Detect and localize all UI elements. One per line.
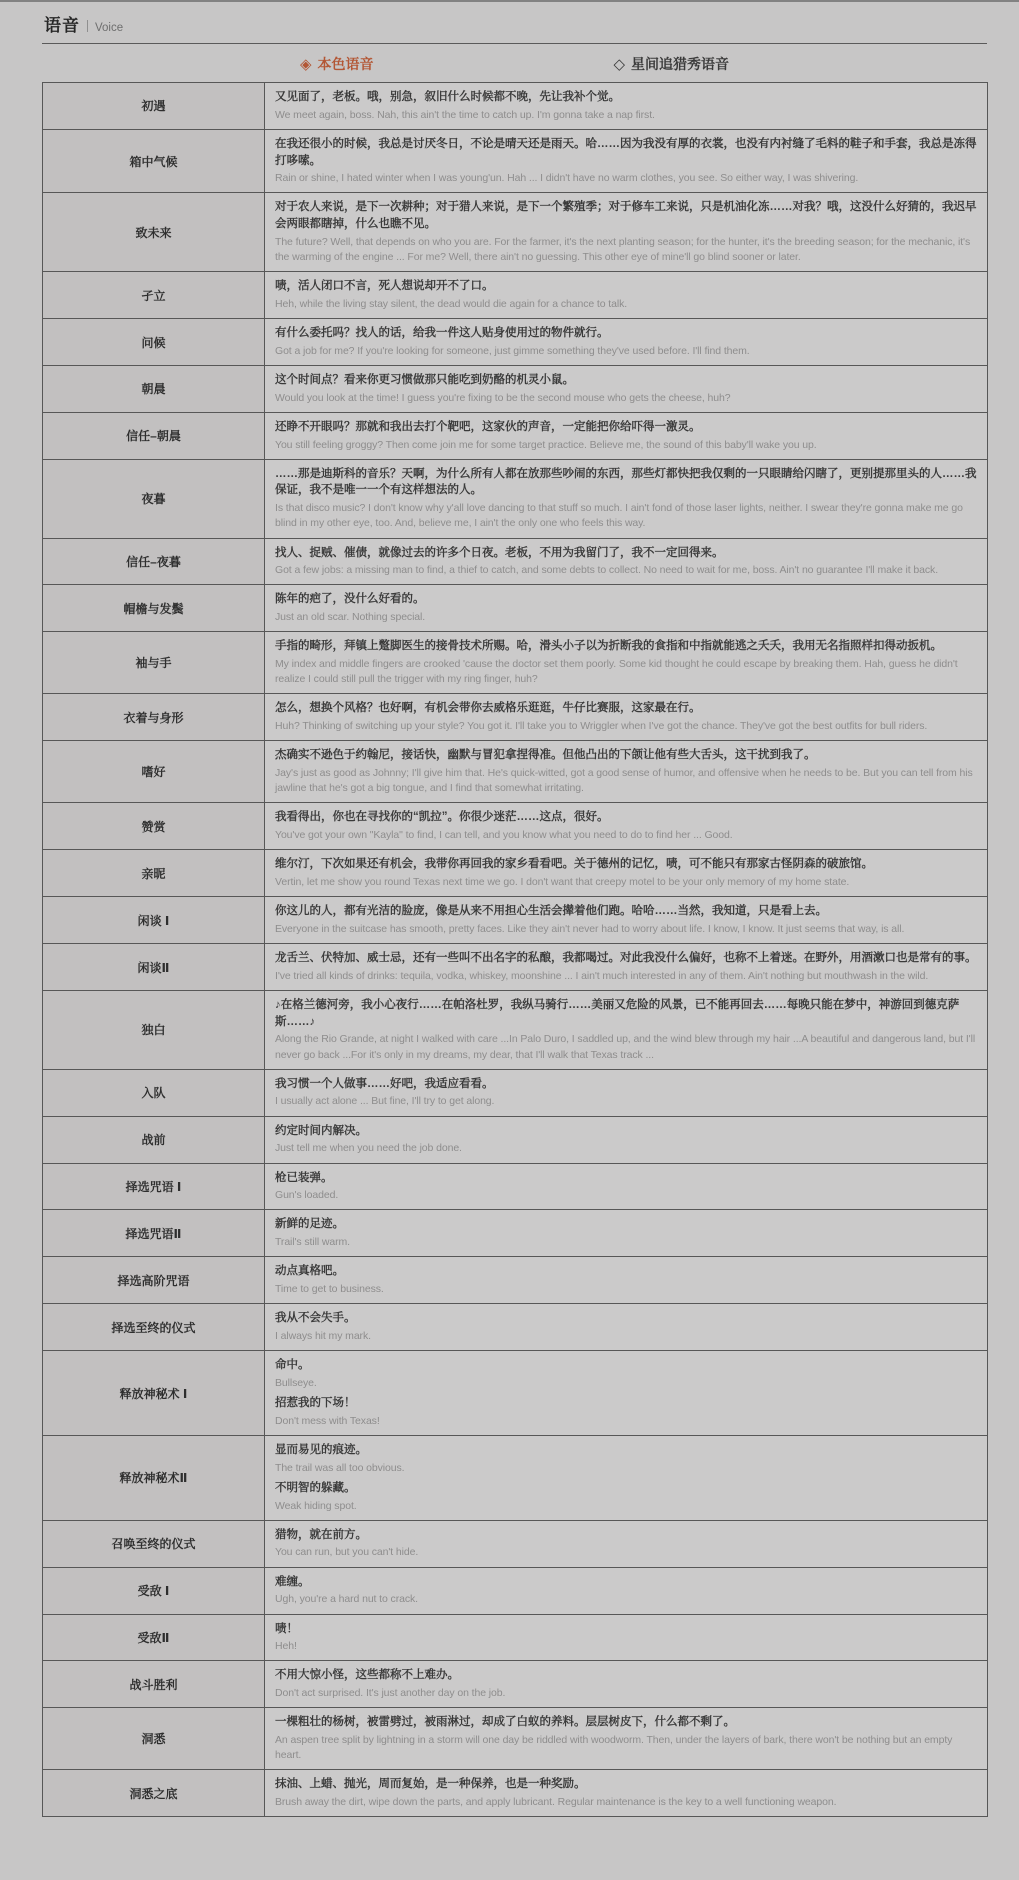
- voice-text-zh: 陈年的疤了，没什么好看的。: [275, 591, 977, 608]
- voice-text-zh: 动点真格吧。: [275, 1263, 977, 1280]
- tab-original-voice[interactable]: ◈ 本色语音: [300, 54, 374, 74]
- table-row: 衣着与身形怎么，想换个风格？也好啊，有机会带你去威格乐逛逛，牛仔比赛服，这家最在…: [43, 694, 988, 741]
- voice-text-en: You can run, but you can't hide.: [275, 1545, 977, 1560]
- table-row: 择选高阶咒语动点真格吧。Time to get to business.: [43, 1257, 988, 1304]
- voice-text-zh: 我从不会失手。: [275, 1310, 977, 1327]
- tab-original-voice-label: 本色语音: [318, 54, 374, 74]
- table-row: 嗜好杰确实不逊色于约翰尼，接话快，幽默与冒犯拿捏得准。但他凸出的下颌让他有些大舌…: [43, 741, 988, 803]
- voice-line-name: 择选咒语Ⅱ: [43, 1210, 265, 1257]
- voice-line-content: 对于农人来说，是下一次耕种；对于猎人来说，是下一个繁殖季；对于修车工来说，只是机…: [265, 193, 988, 272]
- voice-text-en: My index and middle fingers are crooked …: [275, 657, 977, 687]
- voice-line-content: 新鲜的足迹。Trail's still warm.: [265, 1210, 988, 1257]
- voice-line-content: ♪在格兰德河旁，我小心夜行……在帕洛杜罗，我纵马骑行……美丽又危险的风景，已不能…: [265, 991, 988, 1070]
- voice-line-content: ……那是迪斯科的音乐？天啊，为什么所有人都在放那些吵闹的东西，那些灯都快把我仅剩…: [265, 459, 988, 538]
- voice-text-zh: 我看得出，你也在寻找你的“凯拉”。你很少迷茫……这点，很好。: [275, 809, 977, 826]
- voice-line-name: 袖与手: [43, 632, 265, 694]
- voice-line-content: 难缠。Ugh, you're a hard nut to crack.: [265, 1567, 988, 1614]
- voice-line-content: 怎么，想换个风格？也好啊，有机会带你去威格乐逛逛，牛仔比赛服，这家最在行。Huh…: [265, 694, 988, 741]
- voice-line-content: 一棵粗壮的杨树，被雷劈过，被雨淋过，却成了白蚁的养料。层层树皮下，什么都不剩了。…: [265, 1708, 988, 1770]
- voice-text-zh: ……那是迪斯科的音乐？天啊，为什么所有人都在放那些吵闹的东西，那些灯都快把我仅剩…: [275, 466, 977, 499]
- voice-page: 语音 Voice ◈ 本色语音 ◇ 星间追猎秀语音 初遇又见面了，老板。哦，别急…: [0, 2, 1019, 1831]
- voice-line-content: 这个时间点？看来你更习惯做那只能吃到奶酪的机灵小鼠。Would you look…: [265, 366, 988, 413]
- voice-line-name: 独白: [43, 991, 265, 1070]
- tab-skin-voice[interactable]: ◇ 星间追猎秀语音: [614, 54, 730, 74]
- tab-skin-voice-label: 星间追猎秀语音: [631, 54, 729, 74]
- table-row: 独白♪在格兰德河旁，我小心夜行……在帕洛杜罗，我纵马骑行……美丽又危险的风景，已…: [43, 991, 988, 1070]
- page-title: 语音: [44, 11, 80, 36]
- voice-line-content: 显而易见的痕迹。The trail was all too obvious.不明…: [265, 1435, 988, 1520]
- voice-text-en: I always hit my mark.: [275, 1329, 977, 1344]
- voice-text-zh: 对于农人来说，是下一次耕种；对于猎人来说，是下一个繁殖季；对于修车工来说，只是机…: [275, 199, 977, 232]
- table-row: 致未来对于农人来说，是下一次耕种；对于猎人来说，是下一个繁殖季；对于修车工来说，…: [43, 193, 988, 272]
- table-row: 帽檐与发鬓陈年的疤了，没什么好看的。Just an old scar. Noth…: [43, 585, 988, 632]
- voice-tabs: ◈ 本色语音 ◇ 星间追猎秀语音: [42, 44, 987, 82]
- page-title-en: Voice: [95, 22, 123, 34]
- voice-text-en: The future? Well, that depends on who yo…: [275, 235, 977, 265]
- voice-line-name: 朝晨: [43, 366, 265, 413]
- voice-line-content: 抹油、上蜡、抛光，周而复始，是一种保养，也是一种奖励。Brush away th…: [265, 1770, 988, 1817]
- voice-text-zh: ♪在格兰德河旁，我小心夜行……在帕洛杜罗，我纵马骑行……美丽又危险的风景，已不能…: [275, 997, 977, 1030]
- table-row: 信任–夜暮找人、捉贼、催债，就像过去的许多个日夜。老板，不用为我留门了，我不一定…: [43, 538, 988, 585]
- voice-text-en: I usually act alone ... But fine, I'll t…: [275, 1094, 977, 1109]
- voice-line-content: 找人、捉贼、催债，就像过去的许多个日夜。老板，不用为我留门了，我不一定回得来。G…: [265, 538, 988, 585]
- voice-line-content: 约定时间内解决。Just tell me when you need the j…: [265, 1116, 988, 1163]
- voice-text-en: An aspen tree split by lightning in a st…: [275, 1733, 977, 1763]
- voice-text-en: Rain or shine, I hated winter when I was…: [275, 171, 977, 186]
- table-row: 择选咒语 Ⅰ枪已装弹。Gun's loaded.: [43, 1163, 988, 1210]
- voice-line-content: 有什么委托吗？找人的话，给我一件这人贴身使用过的物件就行。Got a job f…: [265, 319, 988, 366]
- voice-text-zh: 在我还很小的时候，我总是讨厌冬日，不论是晴天还是雨天。哈……因为我没有厚的衣裳，…: [275, 136, 977, 169]
- voice-line-name: 初遇: [43, 83, 265, 130]
- voice-text-en: I've tried all kinds of drinks: tequila,…: [275, 969, 977, 984]
- voice-line-name: 受敌Ⅱ: [43, 1614, 265, 1661]
- voice-line-content: 动点真格吧。Time to get to business.: [265, 1257, 988, 1304]
- voice-text-zh: 手指的畸形，拜镇上蹩脚医生的接骨技术所赐。哈，滑头小子以为折断我的食指和中指就能…: [275, 638, 977, 655]
- voice-text-en: Don't act surprised. It's just another d…: [275, 1686, 977, 1701]
- table-row: 亲昵维尔汀，下次如果还有机会，我带你再回我的家乡看看吧。关于德州的记忆，啧，可不…: [43, 850, 988, 897]
- table-row: 箱中气候在我还很小的时候，我总是讨厌冬日，不论是晴天还是雨天。哈……因为我没有厚…: [43, 129, 988, 193]
- table-row: 洞悉一棵粗壮的杨树，被雷劈过，被雨淋过，却成了白蚁的养料。层层树皮下，什么都不剩…: [43, 1708, 988, 1770]
- voice-line-name: 战前: [43, 1116, 265, 1163]
- voice-text-zh: 有什么委托吗？找人的话，给我一件这人贴身使用过的物件就行。: [275, 325, 977, 342]
- table-row: 择选至终的仪式我从不会失手。I always hit my mark.: [43, 1304, 988, 1351]
- voice-text-zh: 又见面了，老板。哦，别急，叙旧什么时候都不晚，先让我补个觉。: [275, 89, 977, 106]
- voice-text-en: Is that disco music? I don't know why y'…: [275, 501, 977, 531]
- voice-text-zh: 招惹我的下场！: [275, 1395, 977, 1412]
- voice-text-zh: 不用大惊小怪，这些都称不上难办。: [275, 1667, 977, 1684]
- voice-line-content: 命中。Bullseye.招惹我的下场！Don't mess with Texas…: [265, 1351, 988, 1436]
- voice-text-en: Would you look at the time! I guess you'…: [275, 391, 977, 406]
- voice-text-zh: 啧！: [275, 1621, 977, 1638]
- table-row: 入队我习惯一个人做事……好吧，我适应看看。I usually act alone…: [43, 1069, 988, 1116]
- table-row: 信任–朝晨还睁不开眼吗？那就和我出去打个靶吧，这家伙的声音，一定能把你给吓得一激…: [43, 412, 988, 459]
- voice-text-zh: 杰确实不逊色于约翰尼，接话快，幽默与冒犯拿捏得准。但他凸出的下颌让他有些大舌头，…: [275, 747, 977, 764]
- voice-line-name: 闲谈Ⅱ: [43, 944, 265, 991]
- voice-line-content: 啧，活人闭口不言，死人想说却开不了口。Heh, while the living…: [265, 272, 988, 319]
- voice-text-zh: 猎物，就在前方。: [275, 1527, 977, 1544]
- table-row: 择选咒语Ⅱ新鲜的足迹。Trail's still warm.: [43, 1210, 988, 1257]
- table-row: 赞赏我看得出，你也在寻找你的“凯拉”。你很少迷茫……这点，很好。You've g…: [43, 803, 988, 850]
- voice-text-en: Got a job for me? If you're looking for …: [275, 344, 977, 359]
- table-row: 受敌Ⅱ啧！Heh!: [43, 1614, 988, 1661]
- table-row: 释放神秘术 Ⅰ命中。Bullseye.招惹我的下场！Don't mess wit…: [43, 1351, 988, 1436]
- voice-text-en: We meet again, boss. Nah, this ain't the…: [275, 108, 977, 123]
- voice-line-content: 猎物，就在前方。You can run, but you can't hide.: [265, 1520, 988, 1567]
- voice-line-content: 又见面了，老板。哦，别急，叙旧什么时候都不晚，先让我补个觉。We meet ag…: [265, 83, 988, 130]
- voice-line-name: 择选咒语 Ⅰ: [43, 1163, 265, 1210]
- table-row: 战斗胜利不用大惊小怪，这些都称不上难办。Don't act surprised.…: [43, 1661, 988, 1708]
- voice-line-name: 赞赏: [43, 803, 265, 850]
- voice-text-zh: 啧，活人闭口不言，死人想说却开不了口。: [275, 278, 977, 295]
- voice-line-content: 枪已装弹。Gun's loaded.: [265, 1163, 988, 1210]
- page-header: 语音 Voice: [42, 8, 987, 44]
- voice-line-content: 维尔汀，下次如果还有机会，我带你再回我的家乡看看吧。关于德州的记忆，啧，可不能只…: [265, 850, 988, 897]
- table-row: 召唤至终的仪式猎物，就在前方。You can run, but you can'…: [43, 1520, 988, 1567]
- voice-text-zh: 一棵粗壮的杨树，被雷劈过，被雨淋过，却成了白蚁的养料。层层树皮下，什么都不剩了。: [275, 1714, 977, 1731]
- voice-text-en: Heh!: [275, 1639, 977, 1654]
- table-row: 初遇又见面了，老板。哦，别急，叙旧什么时候都不晚，先让我补个觉。We meet …: [43, 83, 988, 130]
- voice-line-name: 战斗胜利: [43, 1661, 265, 1708]
- table-row: 释放神秘术Ⅱ显而易见的痕迹。The trail was all too obvi…: [43, 1435, 988, 1520]
- filled-diamond-icon: ◈: [300, 57, 312, 72]
- voice-line-content: 我从不会失手。I always hit my mark.: [265, 1304, 988, 1351]
- table-row: 战前约定时间内解决。Just tell me when you need the…: [43, 1116, 988, 1163]
- voice-text-en: Just tell me when you need the job done.: [275, 1141, 977, 1156]
- voice-text-zh: 还睁不开眼吗？那就和我出去打个靶吧，这家伙的声音，一定能把你给吓得一激灵。: [275, 419, 977, 436]
- voice-text-zh: 约定时间内解决。: [275, 1123, 977, 1140]
- voice-text-zh: 怎么，想换个风格？也好啊，有机会带你去威格乐逛逛，牛仔比赛服，这家最在行。: [275, 700, 977, 717]
- voice-text-en: Got a few jobs: a missing man to find, a…: [275, 563, 977, 578]
- voice-line-name: 嗜好: [43, 741, 265, 803]
- voice-text-zh: 我习惯一个人做事……好吧，我适应看看。: [275, 1076, 977, 1093]
- voice-text-zh: 这个时间点？看来你更习惯做那只能吃到奶酪的机灵小鼠。: [275, 372, 977, 389]
- voice-line-name: 夜暮: [43, 459, 265, 538]
- voice-line-content: 陈年的疤了，没什么好看的。Just an old scar. Nothing s…: [265, 585, 988, 632]
- table-row: 闲谈Ⅱ龙舌兰、伏特加、威士忌，还有一些叫不出名字的私酿，我都喝过。对此我没什么偏…: [43, 944, 988, 991]
- voice-line-content: 在我还很小的时候，我总是讨厌冬日，不论是晴天还是雨天。哈……因为我没有厚的衣裳，…: [265, 129, 988, 193]
- voice-line-name: 闲谈 Ⅰ: [43, 897, 265, 944]
- voice-line-name: 洞悉之底: [43, 1770, 265, 1817]
- voice-text-en: Just an old scar. Nothing special.: [275, 610, 977, 625]
- voice-text-zh: 维尔汀，下次如果还有机会，我带你再回我的家乡看看吧。关于德州的记忆，啧，可不能只…: [275, 856, 977, 873]
- voice-line-name: 召唤至终的仪式: [43, 1520, 265, 1567]
- voice-text-zh: 不明智的躲藏。: [275, 1480, 977, 1497]
- table-row: 孑立啧，活人闭口不言，死人想说却开不了口。Heh, while the livi…: [43, 272, 988, 319]
- table-row: 袖与手手指的畸形，拜镇上蹩脚医生的接骨技术所赐。哈，滑头小子以为折断我的食指和中…: [43, 632, 988, 694]
- voice-text-en: Weak hiding spot.: [275, 1499, 977, 1514]
- voice-line-content: 龙舌兰、伏特加、威士忌，还有一些叫不出名字的私酿，我都喝过。对此我没什么偏好，也…: [265, 944, 988, 991]
- table-row: 问候有什么委托吗？找人的话，给我一件这人贴身使用过的物件就行。Got a job…: [43, 319, 988, 366]
- voice-line-content: 杰确实不逊色于约翰尼，接话快，幽默与冒犯拿捏得准。但他凸出的下颌让他有些大舌头，…: [265, 741, 988, 803]
- voice-text-zh: 显而易见的痕迹。: [275, 1442, 977, 1459]
- voice-line-content: 你这儿的人，都有光洁的脸庞，像是从来不用担心生活会撵着他们跑。哈哈……当然，我知…: [265, 897, 988, 944]
- voice-text-en: Heh, while the living stay silent, the d…: [275, 297, 977, 312]
- voice-line-content: 手指的畸形，拜镇上蹩脚医生的接骨技术所赐。哈，滑头小子以为折断我的食指和中指就能…: [265, 632, 988, 694]
- voice-line-name: 问候: [43, 319, 265, 366]
- voice-line-name: 衣着与身形: [43, 694, 265, 741]
- voice-line-name: 释放神秘术Ⅱ: [43, 1435, 265, 1520]
- voice-text-en: Trail's still warm.: [275, 1235, 977, 1250]
- voice-text-en: Bullseye.: [275, 1376, 977, 1391]
- voice-text-zh: 找人、捉贼、催债，就像过去的许多个日夜。老板，不用为我留门了，我不一定回得来。: [275, 545, 977, 562]
- table-row: 洞悉之底抹油、上蜡、抛光，周而复始，是一种保养，也是一种奖励。Brush awa…: [43, 1770, 988, 1817]
- voice-text-en: You've got your own "Kayla" to find, I c…: [275, 828, 977, 843]
- table-row: 朝晨这个时间点？看来你更习惯做那只能吃到奶酪的机灵小鼠。Would you lo…: [43, 366, 988, 413]
- voice-text-zh: 抹油、上蜡、抛光，周而复始，是一种保养，也是一种奖励。: [275, 1776, 977, 1793]
- voice-text-en: Along the Rio Grande, at night I walked …: [275, 1032, 977, 1062]
- voice-text-en: Time to get to business.: [275, 1282, 977, 1297]
- voice-text-zh: 难缠。: [275, 1574, 977, 1591]
- voice-line-content: 我习惯一个人做事……好吧，我适应看看。I usually act alone .…: [265, 1069, 988, 1116]
- voice-text-en: Brush away the dirt, wipe down the parts…: [275, 1795, 977, 1810]
- voice-line-name: 入队: [43, 1069, 265, 1116]
- outline-diamond-icon: ◇: [614, 57, 626, 72]
- voice-line-name: 洞悉: [43, 1708, 265, 1770]
- voice-line-name: 箱中气候: [43, 129, 265, 193]
- title-divider: [87, 20, 88, 32]
- voice-table: 初遇又见面了，老板。哦，别急，叙旧什么时候都不晚，先让我补个觉。We meet …: [42, 82, 988, 1817]
- voice-text-en: You still feeling groggy? Then come join…: [275, 438, 977, 453]
- voice-text-en: Huh? Thinking of switching up your style…: [275, 719, 977, 734]
- voice-text-zh: 新鲜的足迹。: [275, 1216, 977, 1233]
- voice-line-name: 信任–夜暮: [43, 538, 265, 585]
- voice-line-content: 啧！Heh!: [265, 1614, 988, 1661]
- voice-text-en: Don't mess with Texas!: [275, 1414, 977, 1429]
- voice-line-name: 致未来: [43, 193, 265, 272]
- voice-line-name: 受敌 Ⅰ: [43, 1567, 265, 1614]
- voice-line-content: 我看得出，你也在寻找你的“凯拉”。你很少迷茫……这点，很好。You've got…: [265, 803, 988, 850]
- voice-text-en: Everyone in the suitcase has smooth, pre…: [275, 922, 977, 937]
- voice-line-name: 释放神秘术 Ⅰ: [43, 1351, 265, 1436]
- voice-line-name: 择选高阶咒语: [43, 1257, 265, 1304]
- voice-text-en: Jay's just as good as Johnny; I'll give …: [275, 766, 977, 796]
- voice-line-name: 孑立: [43, 272, 265, 319]
- voice-line-content: 还睁不开眼吗？那就和我出去打个靶吧，这家伙的声音，一定能把你给吓得一激灵。You…: [265, 412, 988, 459]
- voice-line-name: 择选至终的仪式: [43, 1304, 265, 1351]
- table-row: 夜暮……那是迪斯科的音乐？天啊，为什么所有人都在放那些吵闹的东西，那些灯都快把我…: [43, 459, 988, 538]
- voice-line-name: 信任–朝晨: [43, 412, 265, 459]
- voice-text-en: Ugh, you're a hard nut to crack.: [275, 1592, 977, 1607]
- voice-line-name: 帽檐与发鬓: [43, 585, 265, 632]
- table-row: 闲谈 Ⅰ你这儿的人，都有光洁的脸庞，像是从来不用担心生活会撵着他们跑。哈哈……当…: [43, 897, 988, 944]
- voice-text-zh: 枪已装弹。: [275, 1170, 977, 1187]
- voice-text-en: The trail was all too obvious.: [275, 1461, 977, 1476]
- voice-line-name: 亲昵: [43, 850, 265, 897]
- voice-text-en: Vertin, let me show you round Texas next…: [275, 875, 977, 890]
- voice-text-zh: 龙舌兰、伏特加、威士忌，还有一些叫不出名字的私酿，我都喝过。对此我没什么偏好，也…: [275, 950, 977, 967]
- table-row: 受敌 Ⅰ难缠。Ugh, you're a hard nut to crack.: [43, 1567, 988, 1614]
- voice-text-en: Gun's loaded.: [275, 1188, 977, 1203]
- voice-line-content: 不用大惊小怪，这些都称不上难办。Don't act surprised. It'…: [265, 1661, 988, 1708]
- voice-text-zh: 你这儿的人，都有光洁的脸庞，像是从来不用担心生活会撵着他们跑。哈哈……当然，我知…: [275, 903, 977, 920]
- voice-text-zh: 命中。: [275, 1357, 977, 1374]
